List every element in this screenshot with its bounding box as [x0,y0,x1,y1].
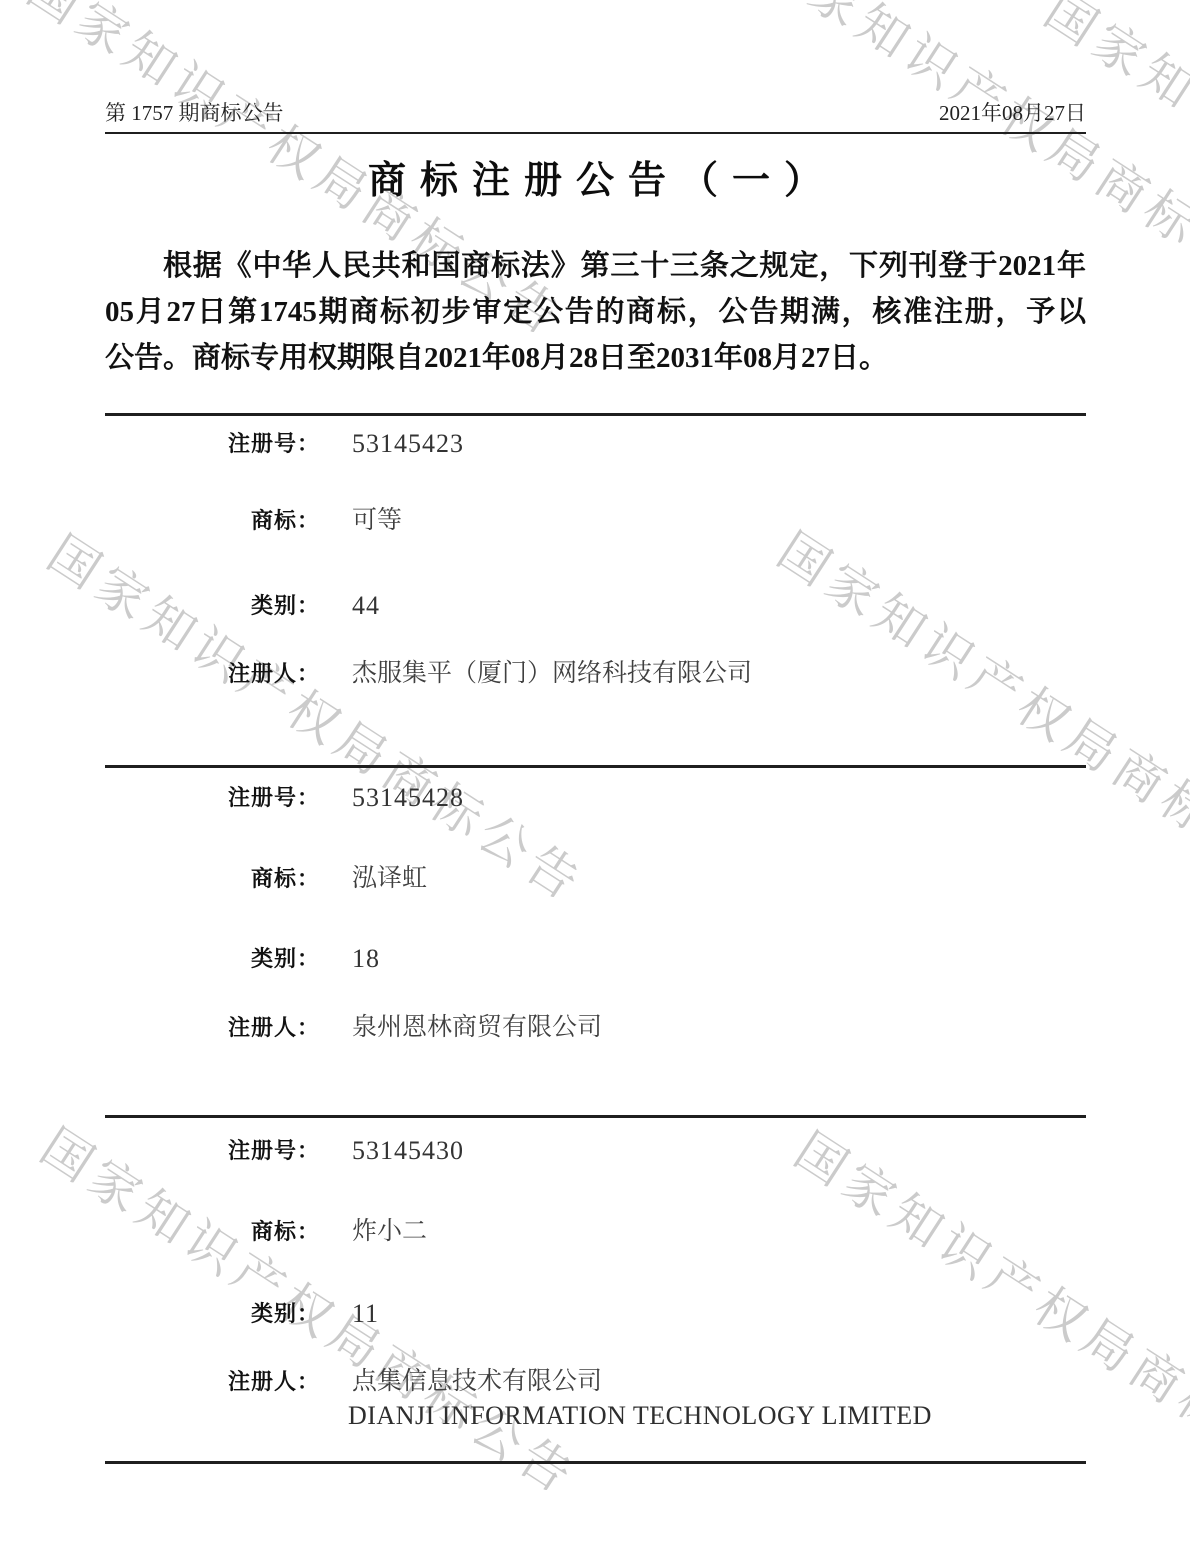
registration-no-row: 注册号： 53145428 [0,783,1190,813]
trademark-value: 炸小二 [352,1217,427,1247]
entry-separator [105,1115,1086,1118]
registrant-row: 注册人： 杰服集平（厦门）网络科技有限公司 [0,659,1190,689]
registrant-value: 杰服集平（厦门）网络科技有限公司 [352,659,752,689]
intro-line-3: 公告。商标专用权期限自2021年08月28日至2031年08月27日。 [105,335,1086,381]
trademark-row: 商标： 泓译虹 [0,864,1190,894]
category-value: 11 [352,1299,379,1329]
registration-no-label: 注册号： [140,783,320,813]
trademark-row: 商标： 可等 [0,506,1190,536]
registrant-label: 注册人： [140,659,320,689]
category-label: 类别： [140,944,320,974]
registration-no-row: 注册号： 53145423 [0,429,1190,459]
trademark-entry: 注册号： 53145428 商标： 泓译虹 类别： 18 注册人： 泉州恩林商贸… [0,0,1190,1564]
trademark-entry: 注册号： 53145423 商标： 可等 类别： 44 注册人： 杰服集平（厦门… [0,0,1190,1564]
registrant-label: 注册人： [140,1367,320,1397]
trademark-value: 泓译虹 [352,864,427,894]
registrant-en-value: DIANJI INFORMATION TECHNOLOGY LIMITED [348,1400,932,1432]
category-label: 类别： [140,1299,320,1329]
registration-no-row: 注册号： 53145430 [0,1136,1190,1166]
page-title: 商标注册公告（一） [0,149,1190,204]
intro-line-1: 根据《中华人民共和国商标法》第三十三条之规定，下列刊登于2021年 [105,243,1086,289]
trademark-row: 商标： 炸小二 [0,1217,1190,1247]
registration-no-label: 注册号： [140,429,320,459]
category-row: 类别： 11 [0,1299,1190,1329]
trademark-label: 商标： [140,506,320,536]
masthead-issue: 第 1757 期商标公告 [105,97,284,127]
registration-no-value: 53145423 [352,429,464,459]
masthead-date: 2021年08月27日 [939,97,1086,127]
entry-separator [105,765,1086,768]
trademark-entry: 注册号： 53145430 商标： 炸小二 类别： 11 注册人： 点集信息技术… [0,0,1190,1564]
registration-no-label: 注册号： [140,1136,320,1166]
trademark-label: 商标： [140,1217,320,1247]
masthead: 第 1757 期商标公告 2021年08月27日 [105,97,1086,127]
trademark-label: 商标： [140,864,320,894]
registrant-en-row: DIANJI INFORMATION TECHNOLOGY LIMITED [0,1400,1190,1432]
registration-no-value: 53145428 [352,783,464,813]
registrant-row: 注册人： 泉州恩林商贸有限公司 [0,1013,1190,1043]
trademark-value: 可等 [352,506,402,536]
entry-separator [105,413,1086,416]
intro-line-2: 05月27日第1745期商标初步审定公告的商标，公告期满，核准注册，予以 [105,289,1086,335]
registration-no-value: 53145430 [352,1136,464,1166]
intro-paragraph: 根据《中华人民共和国商标法》第三十三条之规定，下列刊登于2021年 05月27日… [105,243,1086,381]
registrant-label: 注册人： [140,1013,320,1043]
gazette-content: 第 1757 期商标公告 2021年08月27日 商标注册公告（一） 根据《中华… [0,0,1190,1564]
category-row: 类别： 44 [0,591,1190,621]
bottom-rule [105,1461,1086,1464]
registrant-row: 注册人： 点集信息技术有限公司 [0,1367,1190,1397]
registrant-value: 泉州恩林商贸有限公司 [352,1013,602,1043]
category-row: 类别： 18 [0,944,1190,974]
category-value: 44 [352,591,380,621]
registrant-value: 点集信息技术有限公司 [352,1367,602,1397]
header-rule [105,132,1086,134]
gazette-page: 国家知识产权局商标公告国家知识产权局商标公告国家知识产权局商标公告国家知识产权局… [0,0,1190,1564]
category-label: 类别： [140,591,320,621]
category-value: 18 [352,944,380,974]
